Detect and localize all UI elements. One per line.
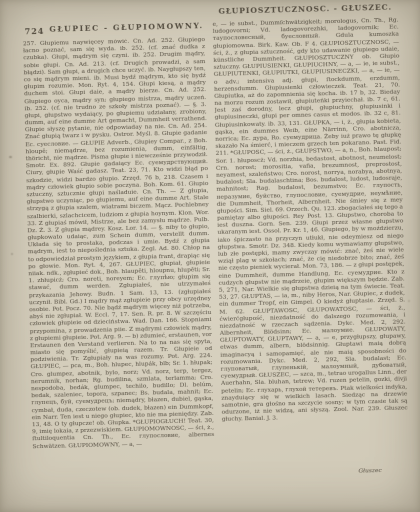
page-number: 724 <box>25 26 45 36</box>
paper-speck <box>408 300 410 302</box>
text-column-right: e, — ie subst., Dummſchwätzigkeit; morol… <box>212 17 409 469</box>
catchword: Głuszec <box>335 467 405 475</box>
paper-speck <box>11 253 13 255</box>
paper-speck <box>9 156 12 158</box>
page-content: 724 GŁUPIEC - GŁUPIOMOWNY. GŁUPIOSZTUCZN… <box>0 0 420 512</box>
text-column-left: 257. Głupiemu naywięcey mówić. Cn. Ad. 2… <box>23 37 215 477</box>
running-head-right: GŁUPIOSZTUCZNOSC. - GŁUSZEC. <box>210 2 400 15</box>
scanned-dictionary-page: 724 GŁUPIEC - GŁUPIOMOWNY. GŁUPIOSZTUCZN… <box>0 0 420 512</box>
running-head-left: GŁUPIEC - GŁUPIOMOWNY. <box>47 21 207 34</box>
